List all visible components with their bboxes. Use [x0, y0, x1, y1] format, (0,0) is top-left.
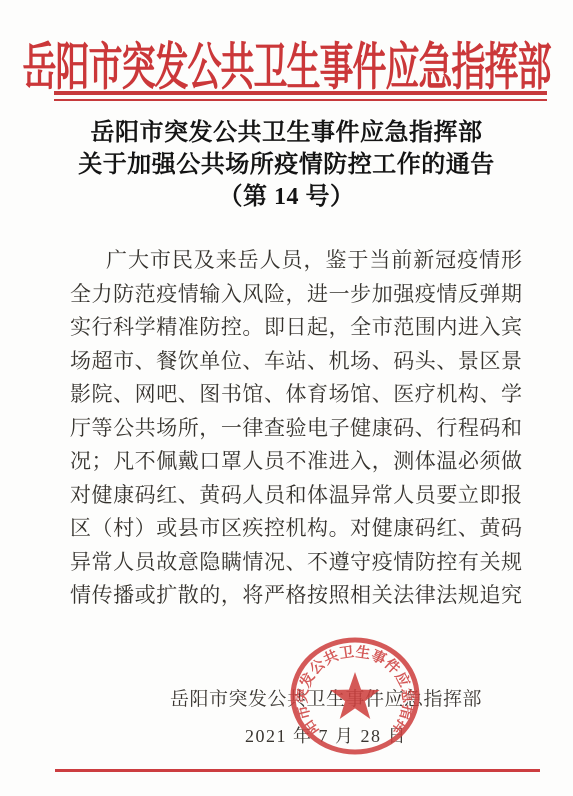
- body-line: 对健康码红、黄码人员和体温异常人员要立即报告所在地社: [70, 479, 522, 513]
- doc-title-number: （第 14 号）: [0, 181, 573, 213]
- body-line: 况；凡不佩戴口罩人员不准进入，测体温必须做到一个不漏。: [70, 445, 522, 479]
- doc-title: 岳阳市突发公共卫生事件应急指挥部 关于加强公共场所疫情防控工作的通告 （第 14…: [0, 117, 573, 213]
- body-line: 实行科学精准防控。即日起，全市范围内进入宾馆酒店、商: [70, 311, 522, 345]
- body-line: 场超市、餐饮单位、车站、机场、码头、景区景点、歌厅、: [70, 345, 522, 379]
- doc-body: 广大市民及来岳人员，鉴于当前新冠疫情形势变化，为 全力防范疫情输入风险，进一步加…: [70, 244, 522, 613]
- body-line: 厅等公共场所，一律查验电子健康码、行程码和疫苗接种情: [70, 412, 522, 446]
- footer-divider: [55, 769, 540, 772]
- letterhead-divider: [54, 91, 547, 101]
- document-page: 岳阳市突发公共卫生事件应急指挥部 岳阳市突发公共卫生事件应急指挥部 关于加强公共…: [0, 0, 573, 796]
- seal-star-icon: [330, 672, 379, 719]
- body-line: 影院、网吧、图书馆、体育场馆、医疗机构、学校、政务大: [70, 378, 522, 412]
- body-line: 广大市民及来岳人员，鉴于当前新冠疫情形势变化，为: [70, 244, 522, 278]
- official-seal: 岳阳市突发公共卫生事件应急指挥部: [288, 636, 424, 758]
- body-line: 区（村）或县市区疾控机构。对健康码红、黄码人员和体温: [70, 512, 522, 546]
- letterhead-title: 岳阳市突发公共卫生事件应急指挥部: [23, 26, 551, 100]
- body-line: 异常人员故意隐瞒情况、不遵守疫情防控有关规定，造成疫: [70, 546, 522, 580]
- doc-title-line-1: 岳阳市突发公共卫生事件应急指挥部: [0, 117, 573, 149]
- letterhead: 岳阳市突发公共卫生事件应急指挥部: [0, 26, 573, 75]
- body-line: 情传播或扩散的，将严格按照相关法律法规追究法律责任。: [70, 579, 522, 613]
- doc-title-line-2: 关于加强公共场所疫情防控工作的通告: [0, 149, 573, 181]
- body-line: 全力防范疫情输入风险，进一步加强疫情反弹期间人员排查，: [70, 278, 522, 312]
